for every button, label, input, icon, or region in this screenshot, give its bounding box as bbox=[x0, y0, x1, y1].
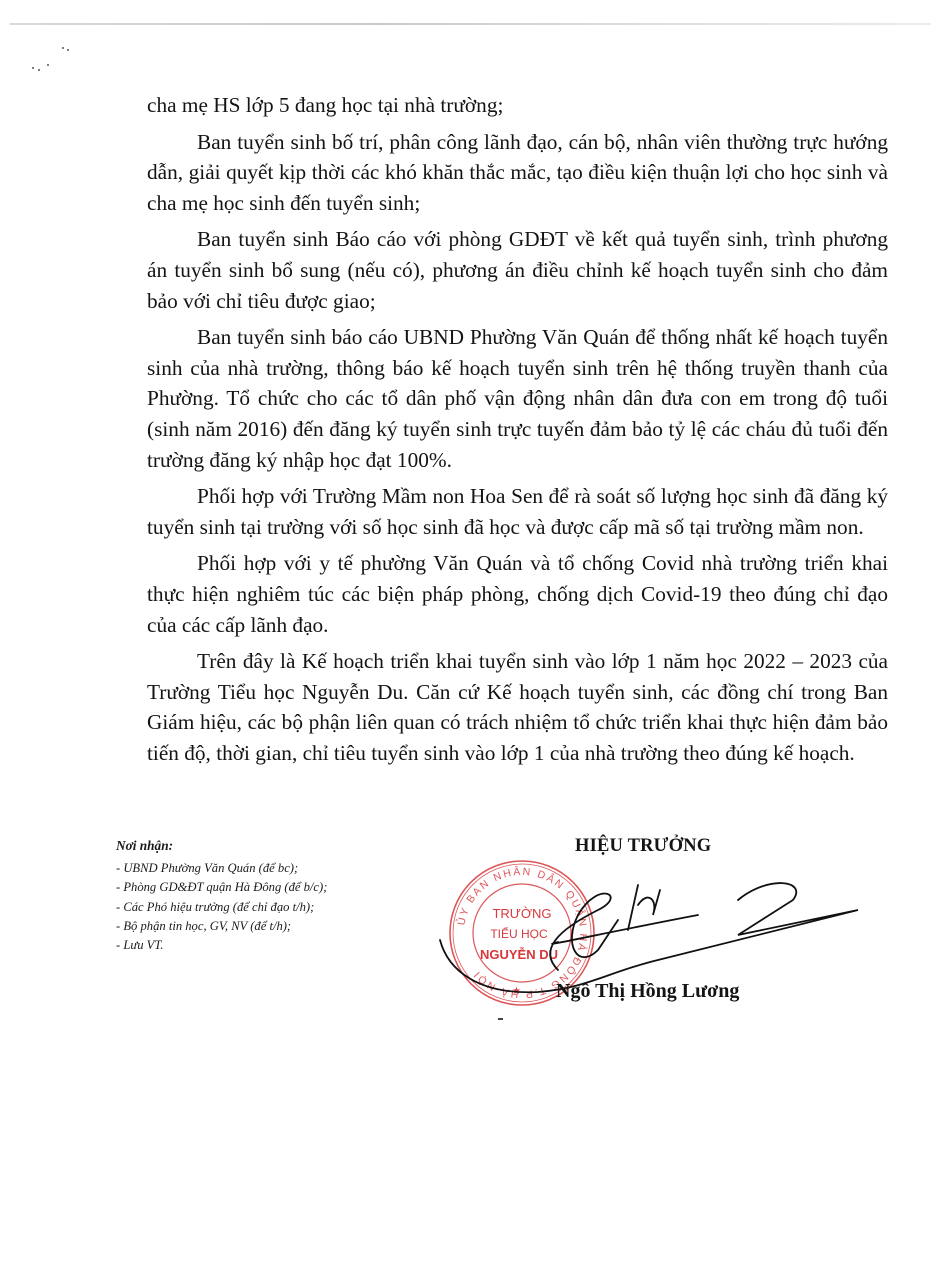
paragraph: Ban tuyển sinh bố trí, phân công lãnh đạ… bbox=[147, 127, 888, 219]
recipient-item: - Lưu VT. bbox=[116, 936, 327, 955]
scan-specks bbox=[30, 45, 70, 75]
paragraph: Trên đây là Kế hoạch triển khai tuyển si… bbox=[147, 646, 888, 768]
recipient-item: - UBND Phường Văn Quán (để bc); bbox=[116, 859, 327, 878]
scan-edge-line bbox=[10, 23, 931, 25]
recipient-item: - Bộ phận tin học, GV, NV (để t/h); bbox=[116, 917, 327, 936]
signer-position: HIỆU TRƯỞNG bbox=[575, 836, 711, 857]
scan-mark bbox=[498, 1018, 503, 1020]
paragraph: Phối hợp với Trường Mầm non Hoa Sen để r… bbox=[147, 481, 888, 542]
paragraph: cha mẹ HS lớp 5 đang học tại nhà trường; bbox=[147, 90, 888, 121]
document-body: cha mẹ HS lớp 5 đang học tại nhà trường;… bbox=[147, 90, 888, 774]
handwritten-signature bbox=[438, 860, 878, 1000]
recipients-list: - UBND Phường Văn Quán (để bc);- Phòng G… bbox=[116, 859, 327, 955]
paragraph: Ban tuyển sinh báo cáo UBND Phường Văn Q… bbox=[147, 322, 888, 475]
recipients-title: Nơi nhận: bbox=[116, 836, 327, 855]
recipient-item: - Phòng GD&ĐT quận Hà Đông (để b/c); bbox=[116, 878, 327, 897]
paragraph: Phối hợp với y tế phường Văn Quán và tổ … bbox=[147, 548, 888, 640]
signer-name: Ngô Thị Hồng Lương bbox=[556, 980, 739, 1003]
recipient-item: - Các Phó hiệu trưởng (để chỉ đạo t/h); bbox=[116, 898, 327, 917]
paragraph: Ban tuyển sinh Báo cáo với phòng GDĐT về… bbox=[147, 224, 888, 316]
recipients-block: Nơi nhận: - UBND Phường Văn Quán (để bc)… bbox=[116, 836, 327, 955]
